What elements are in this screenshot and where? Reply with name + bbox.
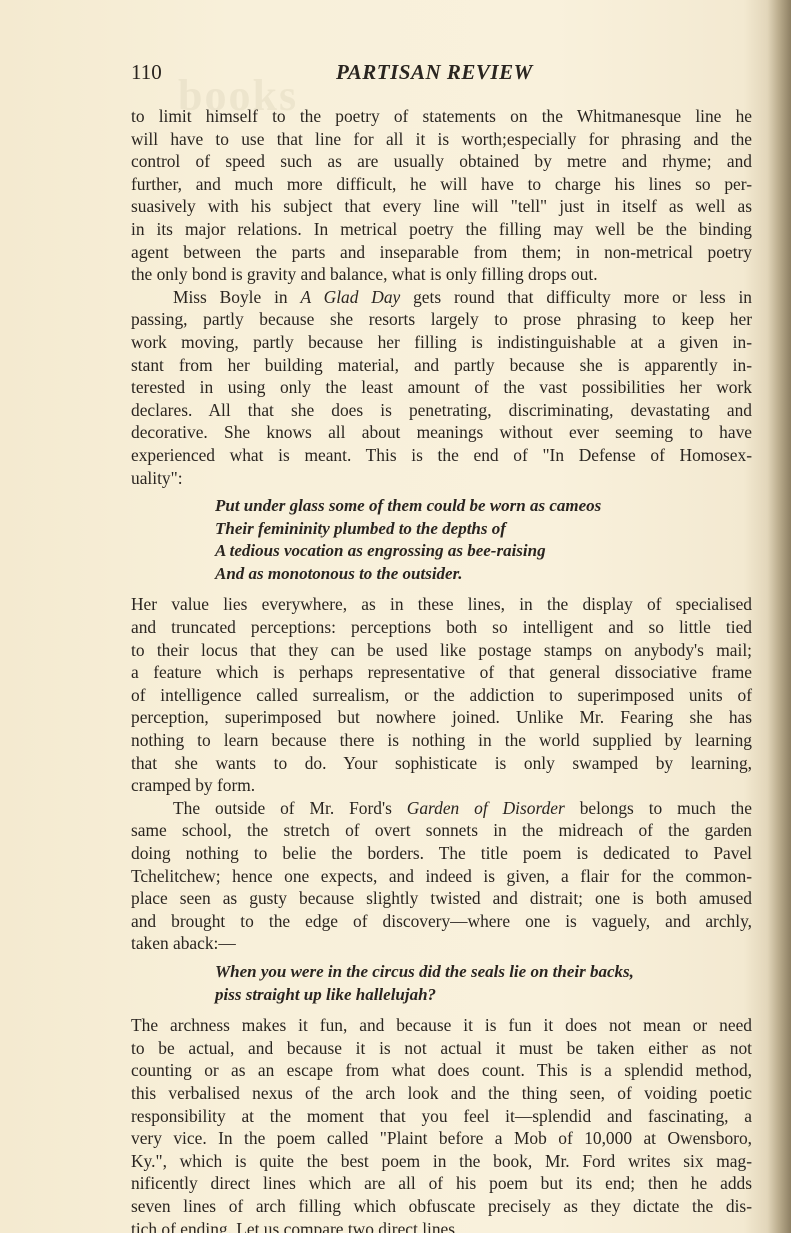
paragraph-2: Miss Boyle in A Glad Day gets round that… [131, 286, 752, 489]
verse-line: piss straight up like hallelujah? [215, 984, 752, 1007]
verse-line: Their femininity plumbed to the depths o… [215, 518, 752, 541]
text-line: to limit himself to the poetry of statem… [131, 105, 752, 128]
text-line: the only bond is gravity and balance, wh… [131, 263, 752, 286]
text-line: place seen as gusty because slightly twi… [131, 887, 752, 910]
text-line: same school, the stretch of overt sonnet… [131, 819, 752, 842]
text-line: to their locus that they can be used lik… [131, 639, 752, 662]
text-line: work moving, partly because her filling … [131, 331, 752, 354]
verse-line: And as monotonous to the outsider. [215, 563, 752, 586]
text-line: in its major relations. In metrical poet… [131, 218, 752, 241]
verse-quote-1: Put under glass some of them could be wo… [131, 495, 752, 585]
paragraph-4: The outside of Mr. Ford's Garden of Diso… [131, 797, 752, 955]
text-line: stant from her building material, and pa… [131, 354, 752, 377]
page-header: 110 PARTISAN REVIEW [131, 60, 751, 90]
verse-quote-2: When you were in the circus did the seal… [131, 961, 752, 1006]
text-line: and truncated perceptions: perceptions b… [131, 616, 752, 639]
text-line: cramped by form. [131, 774, 752, 797]
text-line: The archness makes it fun, and because i… [131, 1014, 752, 1037]
text-line: perception, superimposed but nowhere joi… [131, 706, 752, 729]
text-line: Miss Boyle in A Glad Day gets round that… [131, 286, 752, 309]
paragraph-1: to limit himself to the poetry of statem… [131, 105, 752, 286]
text-line: passing, partly because she resorts larg… [131, 308, 752, 331]
text-line: counting or as an escape from what does … [131, 1059, 752, 1082]
verse-line: Put under glass some of them could be wo… [215, 495, 752, 518]
text-line: experienced what is meant. This is the e… [131, 444, 752, 467]
text-line: a feature which is perhaps representativ… [131, 661, 752, 684]
book-title: Garden of Disorder [407, 798, 565, 818]
verse-line: A tedious vocation as engrossing as bee-… [215, 540, 752, 563]
book-title: A Glad Day [300, 287, 400, 307]
text-line: to be actual, and because it is not actu… [131, 1037, 752, 1060]
text-line: decorative. She knows all about meanings… [131, 421, 752, 444]
verse-line: When you were in the circus did the seal… [215, 961, 752, 984]
text-line: very vice. In the poem called "Plaint be… [131, 1127, 752, 1150]
text-line: terested in using only the least amount … [131, 376, 752, 399]
paragraph-3: Her value lies everywhere, as in these l… [131, 593, 752, 796]
body-text: to limit himself to the poetry of statem… [131, 105, 752, 1233]
running-head: PARTISAN REVIEW [336, 60, 533, 85]
text-line: taken aback:— [131, 932, 752, 955]
text-line: Ky.", which is quite the best poem in th… [131, 1150, 752, 1173]
text-line: that she wants to do. Your sophisticate … [131, 752, 752, 775]
text-line: seven lines of arch filling which obfusc… [131, 1195, 752, 1218]
text-line: uality": [131, 467, 752, 490]
text-line: responsibility at the moment that you fe… [131, 1105, 752, 1128]
text-line: control of speed such as are usually obt… [131, 150, 752, 173]
text-line: declares. All that she does is penetrati… [131, 399, 752, 422]
text-line: this verbalised nexus of the arch look a… [131, 1082, 752, 1105]
text-line: Tchelitchew; hence one expects, and inde… [131, 865, 752, 888]
paragraph-5: The archness makes it fun, and because i… [131, 1014, 752, 1233]
text-line: doing nothing to belie the borders. The … [131, 842, 752, 865]
text-line: Her value lies everywhere, as in these l… [131, 593, 752, 616]
text-line: suasively with his subject that every li… [131, 195, 752, 218]
text-line: The outside of Mr. Ford's Garden of Diso… [131, 797, 752, 820]
text-line: nificently direct lines which are all of… [131, 1172, 752, 1195]
page-number: 110 [131, 60, 162, 85]
book-page: books 110 PARTISAN REVIEW to limit himse… [0, 0, 791, 1233]
text-line: of intelligence called surrealism, or th… [131, 684, 752, 707]
text-line: further, and much more difficult, he wil… [131, 173, 752, 196]
text-line: will have to use that line for all it is… [131, 128, 752, 151]
text-line: tich of ending. Let us compare two direc… [131, 1218, 752, 1233]
text-line: agent between the parts and inseparable … [131, 241, 752, 264]
text-line: and brought to the edge of discovery—whe… [131, 910, 752, 933]
text-line: nothing to learn because there is nothin… [131, 729, 752, 752]
